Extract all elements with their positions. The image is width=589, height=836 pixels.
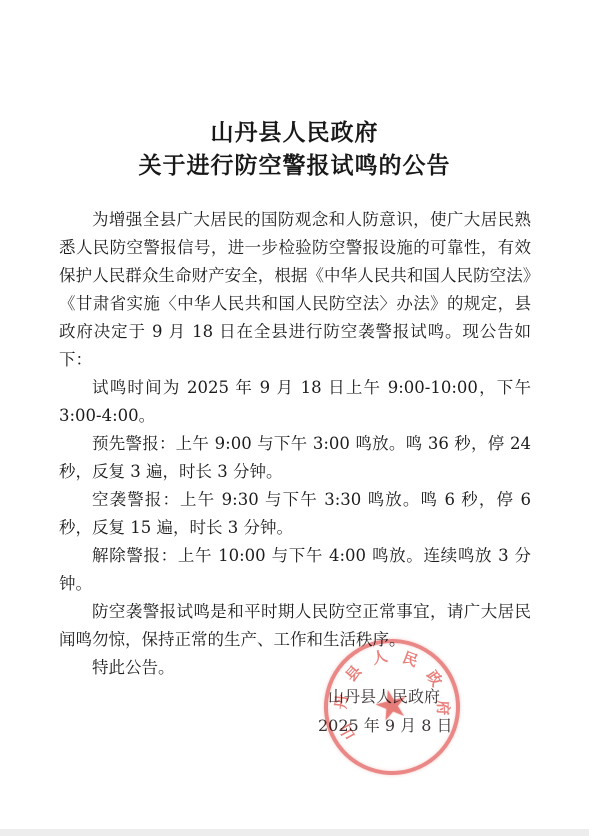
paragraph-intro: 为增强全县广大居民的国防观念和人防意识，使广大居民熟悉人民防空警报信号，进一步检… bbox=[59, 206, 531, 374]
title-line-subject: 关于进行防空警报试鸣的公告 bbox=[0, 149, 589, 182]
page-bottom-edge bbox=[0, 829, 589, 836]
paragraph-air-raid-alarm: 空袭警报：上午 9:30 与下午 3:30 鸣放。鸣 6 秒，停 6 秒，反复 … bbox=[59, 486, 531, 542]
document-page: 山丹县人民政府 关于进行防空警报试鸣的公告 为增强全县广大居民的国防观念和人防意… bbox=[0, 0, 589, 836]
paragraph-closing: 特此公告。 bbox=[59, 654, 531, 682]
document-body: 为增强全县广大居民的国防观念和人防意识，使广大居民熟悉人民防空警报信号，进一步检… bbox=[59, 206, 531, 682]
signature-issuer: 山丹县人民政府 bbox=[318, 682, 450, 711]
signature-block: 山丹县人民政府 2025 年 9 月 8 日 bbox=[318, 682, 450, 740]
paragraph-test-time: 试鸣时间为 2025 年 9 月 18 日上午 9:00-10:00，下午 3:… bbox=[59, 374, 531, 430]
paragraph-pre-alarm: 预先警报：上午 9:00 与下午 3:00 鸣放。鸣 36 秒，停 24 秒，反… bbox=[59, 430, 531, 486]
title-line-issuer: 山丹县人民政府 bbox=[0, 116, 589, 149]
paragraph-all-clear-alarm: 解除警报：上午 10:00 与下午 4:00 鸣放。连续鸣放 3 分钟。 bbox=[59, 542, 531, 598]
document-title: 山丹县人民政府 关于进行防空警报试鸣的公告 bbox=[0, 116, 589, 182]
signature-date: 2025 年 9 月 8 日 bbox=[318, 711, 450, 740]
paragraph-reassurance: 防空袭警报试鸣是和平时期人民防空正常事宜，请广大居民闻鸣勿惊，保持正常的生产、工… bbox=[59, 598, 531, 654]
